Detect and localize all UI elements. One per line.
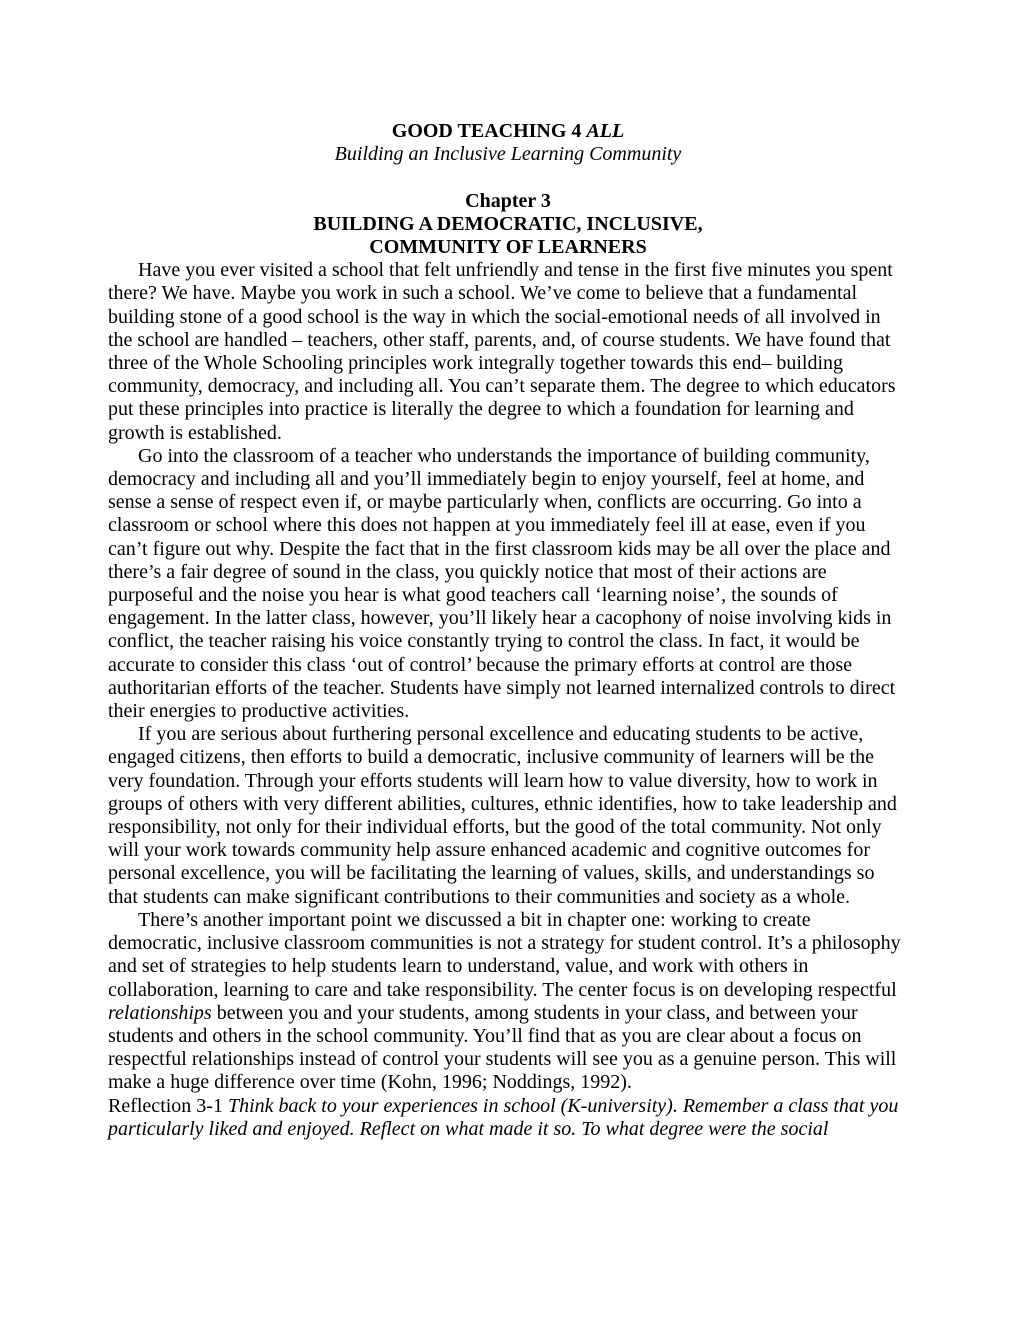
chapter-title-line-2: COMMUNITY OF LEARNERS xyxy=(108,236,908,259)
paragraph-classroom-contrast: Go into the classroom of a teacher who u… xyxy=(108,445,908,723)
paragraph-personal-excellence: If you are serious about furthering pers… xyxy=(108,723,908,909)
chapter-label: Chapter 3 xyxy=(108,190,908,213)
book-subtitle: Building an Inclusive Learning Community xyxy=(108,143,908,166)
paragraph-relationships: There’s another important point we discu… xyxy=(108,909,908,1095)
chapter-title-line-1: BUILDING A DEMOCRATIC, INCLUSIVE, xyxy=(108,213,908,236)
document-header: GOOD TEACHING 4 ALL Building an Inclusiv… xyxy=(108,120,908,259)
paragraph-reflection: Reflection 3-1 Think back to your experi… xyxy=(108,1095,908,1141)
document-body: Have you ever visited a school that felt… xyxy=(108,259,908,1141)
book-title: GOOD TEACHING 4 ALL xyxy=(108,120,908,143)
document-page: GOOD TEACHING 4 ALL Building an Inclusiv… xyxy=(0,0,1020,1320)
paragraph-intro: Have you ever visited a school that felt… xyxy=(108,259,908,445)
